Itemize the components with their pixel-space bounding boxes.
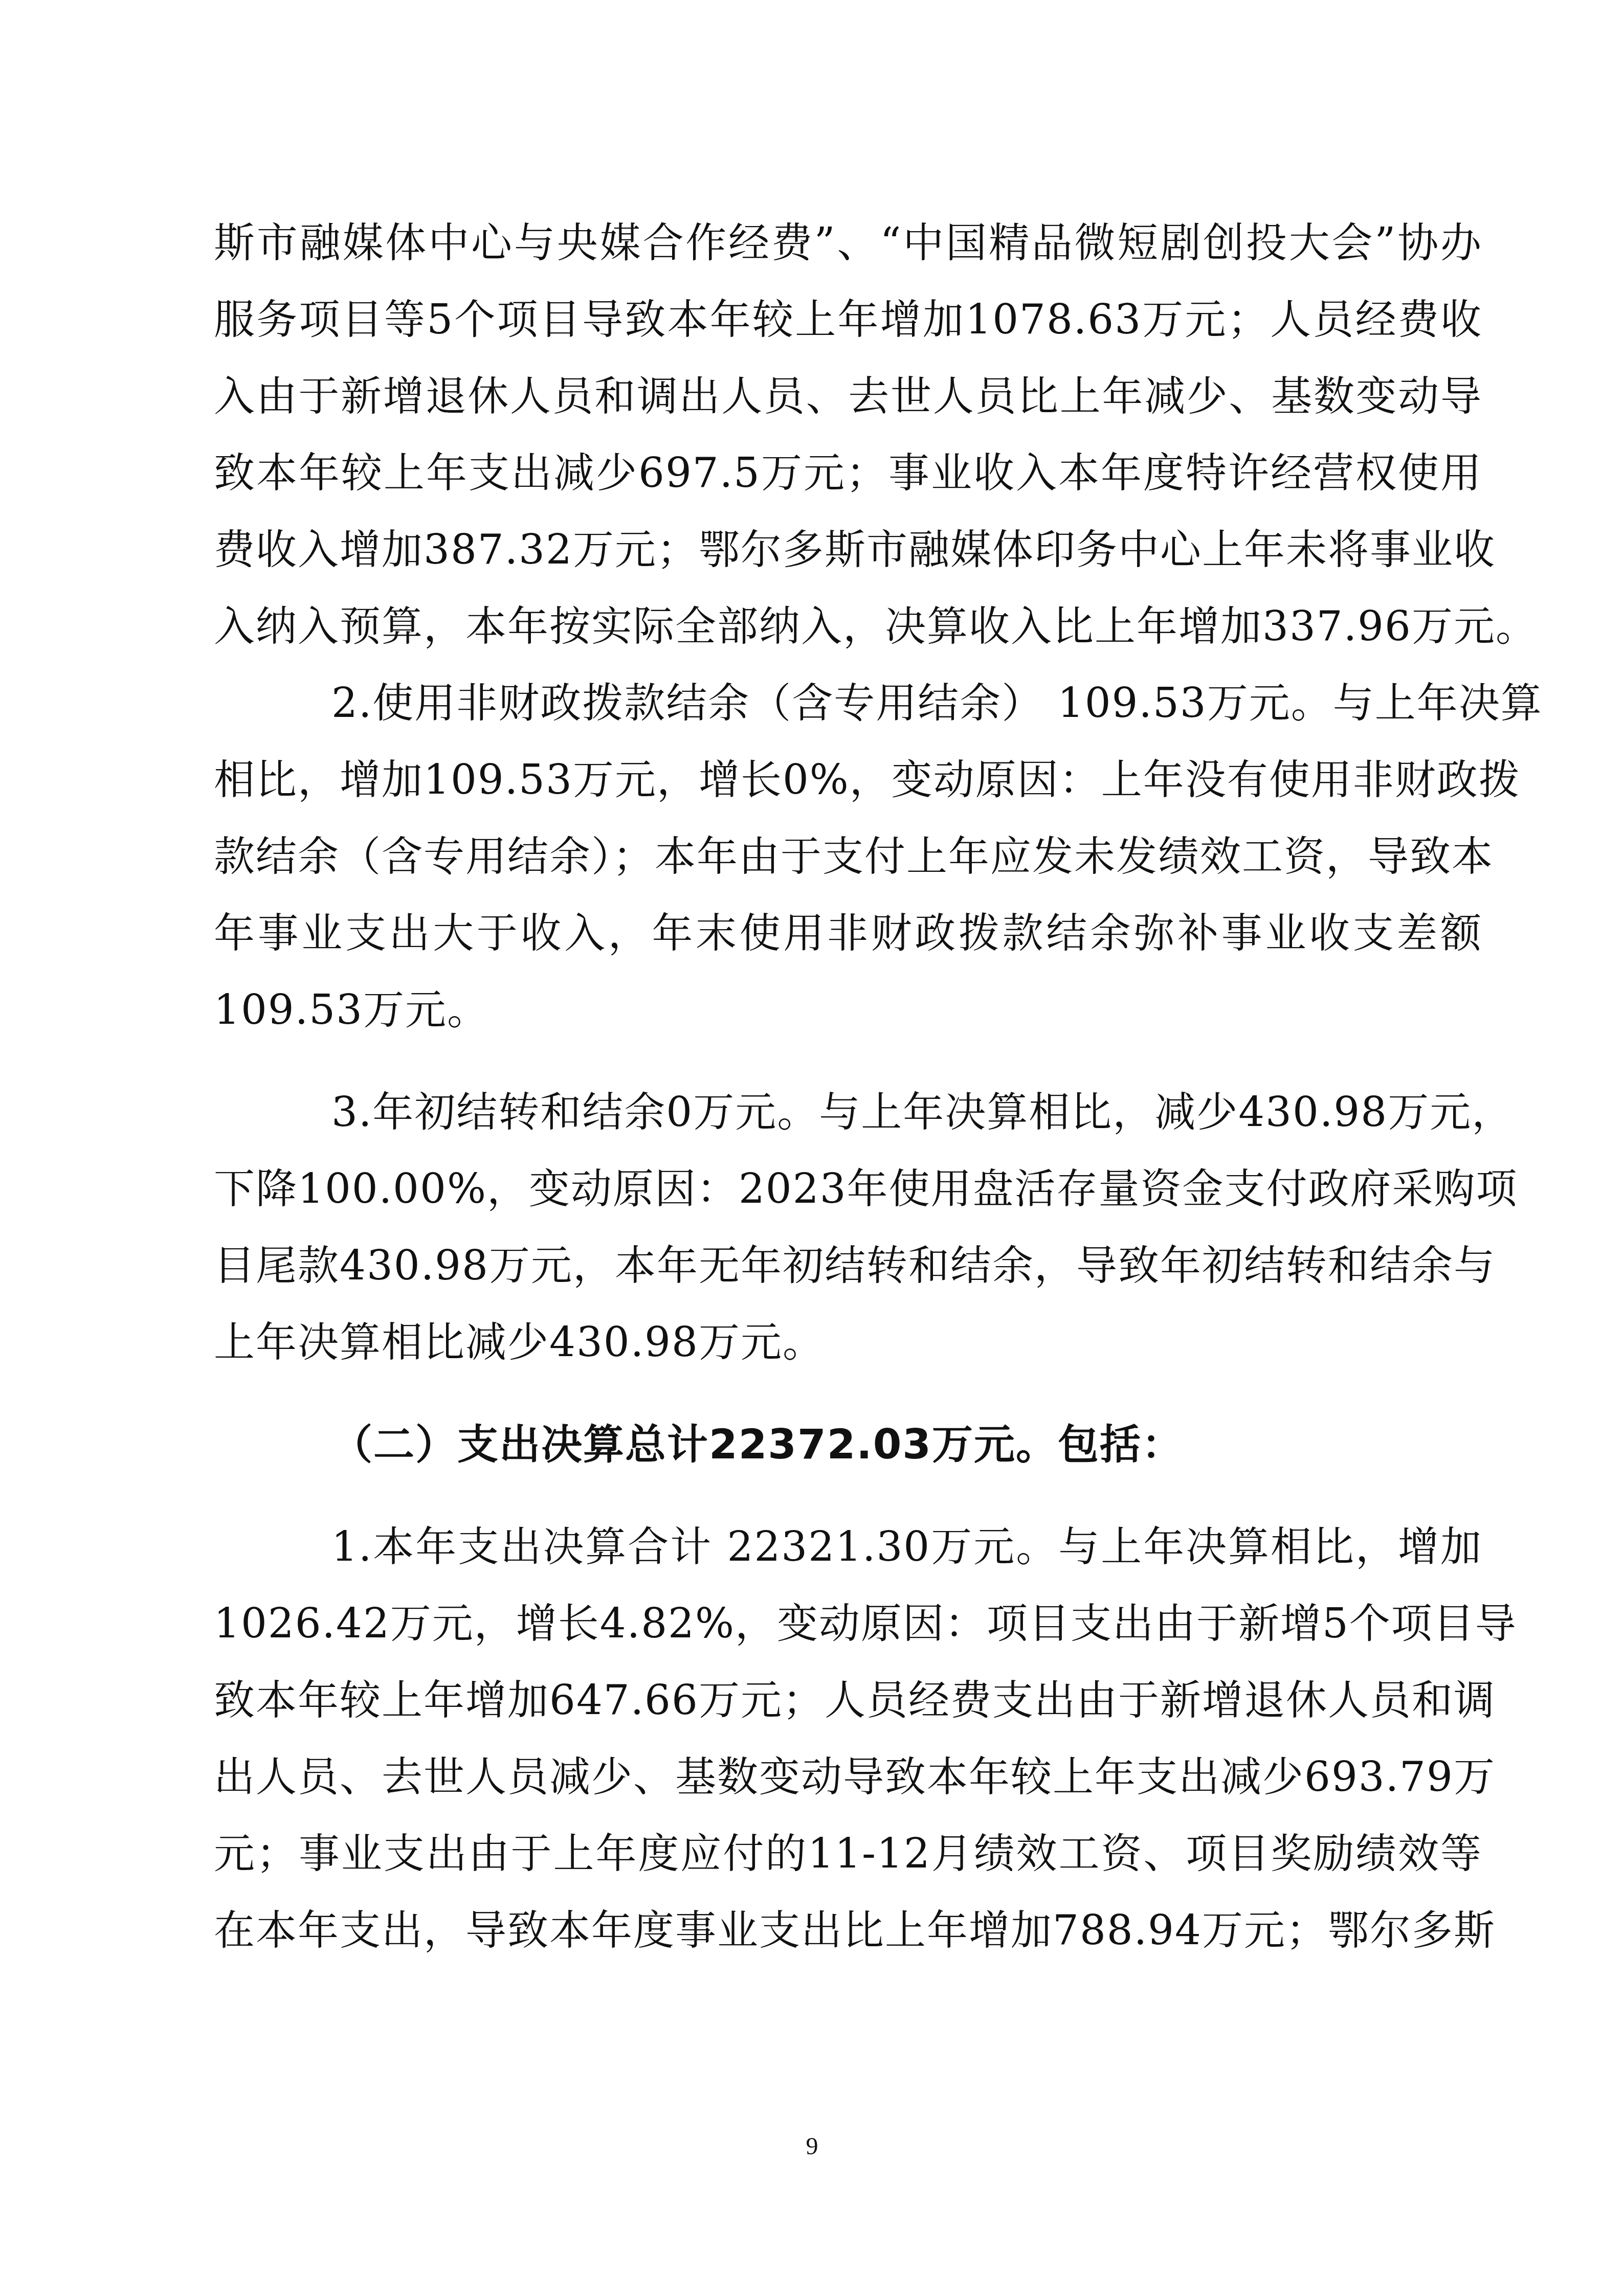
paragraph-line: 款结余（含专用结余）；本年由于支付上年应发未发绩效工资，导致本 — [214, 828, 1482, 885]
paragraph-line-item-2: 2.使用非财政拨款结余（含专用结余） 109.53万元。与上年决算 — [331, 675, 1482, 731]
paragraph-line: 服务项目等5个项目导致本年较上年增加1078.63万元；人员经费收 — [214, 291, 1482, 348]
paragraph-line-item-1: 1.本年支出决算合计 22321.30万元。与上年决算相比，增加 — [331, 1519, 1482, 1575]
paragraph-line: 下降100.00%，变动原因：2023年使用盘活存量资金支付政府采购项 — [214, 1161, 1482, 1217]
document-page: 斯市融媒体中心与央媒合作经费”、“中国精品微短剧创投大会”协办 服务项目等5个项… — [0, 0, 1624, 2296]
paragraph-line: 目尾款430.98万元，本年无年初结转和结余，导致年初结转和结余与 — [214, 1237, 1482, 1294]
paragraph-line: 元；事业支出由于上年度应付的11-12月绩效工资、项目奖励绩效等 — [214, 1826, 1482, 1882]
page-number: 9 — [0, 2132, 1624, 2160]
paragraph-line: 出人员、去世人员减少、基数变动导致本年较上年支出减少693.79万 — [214, 1749, 1482, 1805]
paragraph-line: 致本年较上年增加647.66万元；人员经费支出由于新增退休人员和调 — [214, 1672, 1482, 1728]
paragraph-line: 费收入增加387.32万元；鄂尔多斯市融媒体印务中心上年未将事业收 — [214, 522, 1482, 578]
section-heading: （二）支出决算总计22372.03万元。包括： — [331, 1416, 1482, 1473]
paragraph-line: 入纳入预算，本年按实际全部纳入，决算收入比上年增加337.96万元。 — [214, 598, 1482, 655]
paragraph-line-item-3: 3.年初结转和结余0万元。与上年决算相比，减少430.98万元， — [331, 1084, 1482, 1140]
paragraph-line: 相比，增加109.53万元，增长0%，变动原因：上年没有使用非财政拨 — [214, 752, 1482, 808]
paragraph-line: 上年决算相比减少430.98万元。 — [214, 1314, 1482, 1370]
paragraph-line: 1026.42万元，增长4.82%，变动原因：项目支出由于新增5个项目导 — [214, 1595, 1482, 1652]
paragraph-line: 致本年较上年支出减少697.5万元；事业收入本年度特许经营权使用 — [214, 445, 1482, 501]
paragraph-line: 入由于新增退休人员和调出人员、去世人员比上年减少、基数变动导 — [214, 368, 1482, 424]
paragraph-line: 年事业支出大于收入，年末使用非财政拨款结余弥补事业收支差额 — [214, 905, 1482, 961]
paragraph-line: 在本年支出，导致本年度事业支出比上年增加788.94万元；鄂尔多斯 — [214, 1902, 1482, 1959]
paragraph-line: 109.53万元。 — [214, 982, 1482, 1038]
paragraph-line: 斯市融媒体中心与央媒合作经费”、“中国精品微短剧创投大会”协办 — [214, 215, 1482, 271]
